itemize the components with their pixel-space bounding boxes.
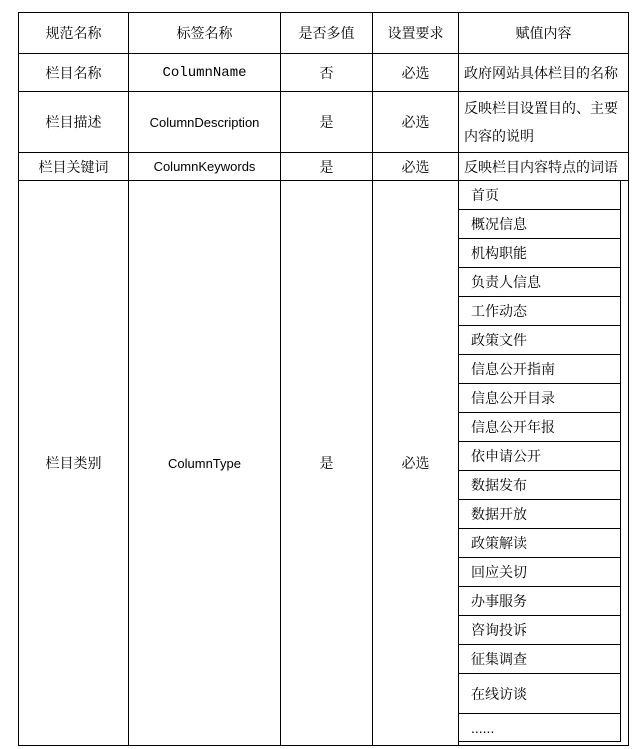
header-spec-name: 规范名称	[19, 13, 129, 54]
cell-is-multi: 是	[281, 181, 373, 746]
value-cell: 政策解读	[459, 529, 620, 558]
header-content: 赋值内容	[459, 13, 629, 54]
cell-content: 反映栏目内容特点的词语	[459, 153, 629, 181]
cell-requirement: 必选	[373, 54, 459, 92]
cell-requirement: 必选	[373, 153, 459, 181]
cell-spec-name: 栏目类别	[19, 181, 129, 746]
value-cell: 工作动态	[459, 297, 620, 326]
cell-content: 反映栏目设置目的、主要内容的说明	[459, 92, 629, 153]
table-row: 栏目描述 ColumnDescription 是 必选 反映栏目设置目的、主要内…	[19, 92, 629, 153]
value-cell: 政策文件	[459, 326, 620, 355]
cell-requirement: 必选	[373, 181, 459, 746]
value-cell: 首页	[459, 181, 620, 210]
value-cell: 依申请公开	[459, 442, 620, 471]
value-cell: ......	[459, 714, 620, 742]
header-requirement: 设置要求	[373, 13, 459, 54]
value-cell: 办事服务	[459, 587, 620, 616]
cell-tag-name: ColumnKeywords	[129, 153, 281, 181]
cell-spec-name: 栏目名称	[19, 54, 129, 92]
value-cell: 数据发布	[459, 471, 620, 500]
cell-is-multi: 否	[281, 54, 373, 92]
cell-requirement: 必选	[373, 92, 459, 153]
value-cell: 在线访谈	[459, 674, 620, 714]
cell-content: 政府网站具体栏目的名称	[459, 54, 629, 92]
cell-tag-name: ColumnType	[129, 181, 281, 746]
value-cell: 机构职能	[459, 239, 620, 268]
cell-spec-name: 栏目关键词	[19, 153, 129, 181]
cell-content-values: 首页 概况信息 机构职能 负责人信息 工作动态 政策文件 信息公开指南 信息公开…	[459, 181, 629, 746]
value-cell: 信息公开年报	[459, 413, 620, 442]
column-type-value-list: 首页 概况信息 机构职能 负责人信息 工作动态 政策文件 信息公开指南 信息公开…	[459, 181, 621, 742]
value-cell: 数据开放	[459, 500, 620, 529]
table-row: 栏目类别 ColumnType 是 必选 首页 概况信息 机构职能 负责人信息 …	[19, 181, 629, 746]
table-row: 栏目名称 ColumnName 否 必选 政府网站具体栏目的名称	[19, 54, 629, 92]
value-cell: 信息公开目录	[459, 384, 620, 413]
table-row: 栏目关键词 ColumnKeywords 是 必选 反映栏目内容特点的词语	[19, 153, 629, 181]
value-cell: 概况信息	[459, 210, 620, 239]
value-cell: 回应关切	[459, 558, 620, 587]
cell-is-multi: 是	[281, 153, 373, 181]
value-cell: 征集调查	[459, 645, 620, 674]
cell-tag-name: ColumnName	[129, 54, 281, 92]
cell-tag-name: ColumnDescription	[129, 92, 281, 153]
table-header-row: 规范名称 标签名称 是否多值 设置要求 赋值内容	[19, 13, 629, 54]
value-cell: 负责人信息	[459, 268, 620, 297]
column-spec-table: 规范名称 标签名称 是否多值 设置要求 赋值内容 栏目名称 ColumnName…	[18, 12, 629, 746]
value-cell: 信息公开指南	[459, 355, 620, 384]
header-is-multi: 是否多值	[281, 13, 373, 54]
cell-spec-name: 栏目描述	[19, 92, 129, 153]
cell-is-multi: 是	[281, 92, 373, 153]
value-cell: 咨询投诉	[459, 616, 620, 645]
header-tag-name: 标签名称	[129, 13, 281, 54]
